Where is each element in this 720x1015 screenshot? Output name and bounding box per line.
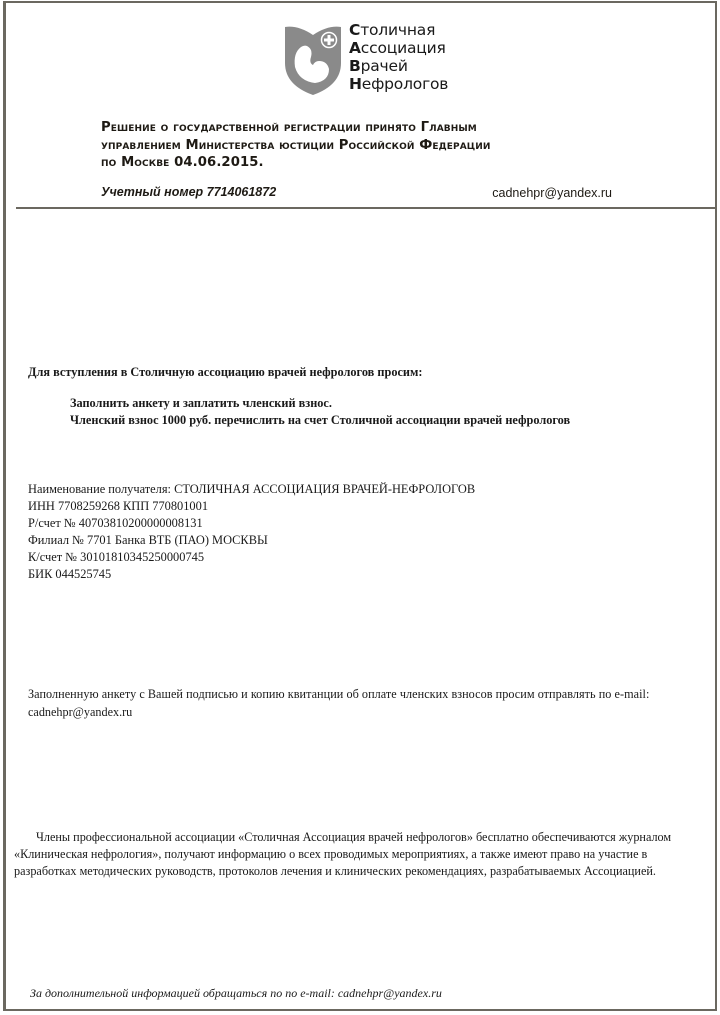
association-logo: Столичная Ассоциация Врачей Нефрологов [283, 23, 473, 97]
registration-line: Решение о государственной регистрации пр… [101, 119, 641, 137]
account-number: Учетный номер 7714061872 [101, 185, 276, 199]
recipient-name: Наименование получателя: СТОЛИЧНАЯ АССОЦ… [28, 481, 475, 498]
step-item: Членский взнос 1000 руб. перечислить на … [70, 412, 570, 429]
logo-initial: А [349, 39, 361, 57]
bik: БИК 044525745 [28, 566, 475, 583]
header-divider [16, 207, 716, 209]
logo-word: рачей [361, 57, 408, 75]
document-page: Столичная Ассоциация Врачей Нефрологов Р… [3, 1, 717, 1011]
step-item: Заполнить анкету и заплатить членский вз… [70, 395, 570, 412]
bank-branch: Филиал № 7701 Банка ВТБ (ПАО) МОСКВЫ [28, 532, 475, 549]
kidney-shield-icon [283, 23, 343, 97]
footer-contact: За дополнительной информацией обращаться… [30, 986, 442, 1001]
logo-word: ссоциация [361, 39, 446, 57]
members-info-line: «Клиническая нефрология», получают инфор… [14, 846, 719, 863]
logo-word: ефрологов [362, 75, 448, 93]
logo-initial: Н [349, 75, 362, 93]
logo-wordmark: Столичная Ассоциация Врачей Нефрологов [349, 21, 448, 93]
logo-initial: В [349, 57, 361, 75]
registration-notice: Решение о государственной регистрации пр… [101, 119, 641, 172]
registration-line: по Москве 04.06.2015. [101, 154, 641, 172]
logo-word: толичная [360, 21, 435, 39]
header-email-link[interactable]: cadnehpr@yandex.ru [492, 186, 612, 200]
send-instructions-text: Заполненную анкету с Вашей подписью и ко… [28, 686, 720, 704]
inn-kpp: ИНН 7708259268 КПП 770801001 [28, 498, 475, 515]
members-info-line: разработках методических руководств, про… [14, 863, 719, 880]
bank-details: Наименование получателя: СТОЛИЧНАЯ АССОЦ… [28, 481, 475, 583]
membership-intro: Для вступления в Столичную ассоциацию вр… [28, 365, 422, 380]
settlement-account: Р/счет № 40703810200000008131 [28, 515, 475, 532]
membership-steps: Заполнить анкету и заплатить членский вз… [70, 395, 570, 429]
registration-line: управлением Министерства юстиции Российс… [101, 137, 641, 155]
send-instructions: Заполненную анкету с Вашей подписью и ко… [28, 686, 720, 721]
correspondent-account: К/счет № 30101810345250000745 [28, 549, 475, 566]
logo-initial: С [349, 21, 360, 39]
members-info-line: Члены профессиональной ассоциации «Столи… [14, 829, 719, 846]
members-info: Члены профессиональной ассоциации «Столи… [14, 829, 719, 880]
send-email-link[interactable]: cadnehpr@yandex.ru [28, 704, 720, 722]
